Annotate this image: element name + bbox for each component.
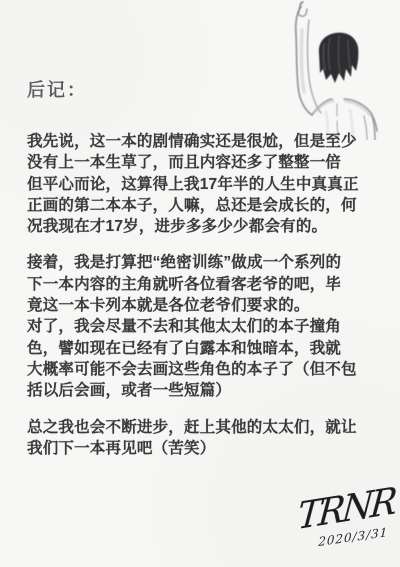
afterword-body: 我先说，这一本的剧情确实还是很尬，但是至少 没有上一本生草了，而且内容还多了整整… (27, 131, 379, 474)
afterword-title: 后记： (27, 76, 87, 102)
afterword-page: 后记： 我先说，这一本的剧情确实还是很尬，但是至少 没有上一本生草了，而且内容还… (0, 0, 400, 567)
paragraph-1: 我先说，这一本的剧情确实还是很尬，但是至少 没有上一本生草了，而且内容还多了整整… (27, 131, 379, 237)
back-view-figure-pointing-up-icon (268, 0, 400, 140)
paragraph-3: 总之我也会不断进步，赶上其他的太太们，就让 我们下一本再见吧（苦笑） (27, 417, 379, 460)
paragraph-2: 接着，我是打算把“绝密训练”做成一个系列的 下一本内容的主角就听各位看客老爷的吧… (27, 252, 379, 401)
signature-block: TRNR 2020/3/31 (296, 492, 396, 546)
